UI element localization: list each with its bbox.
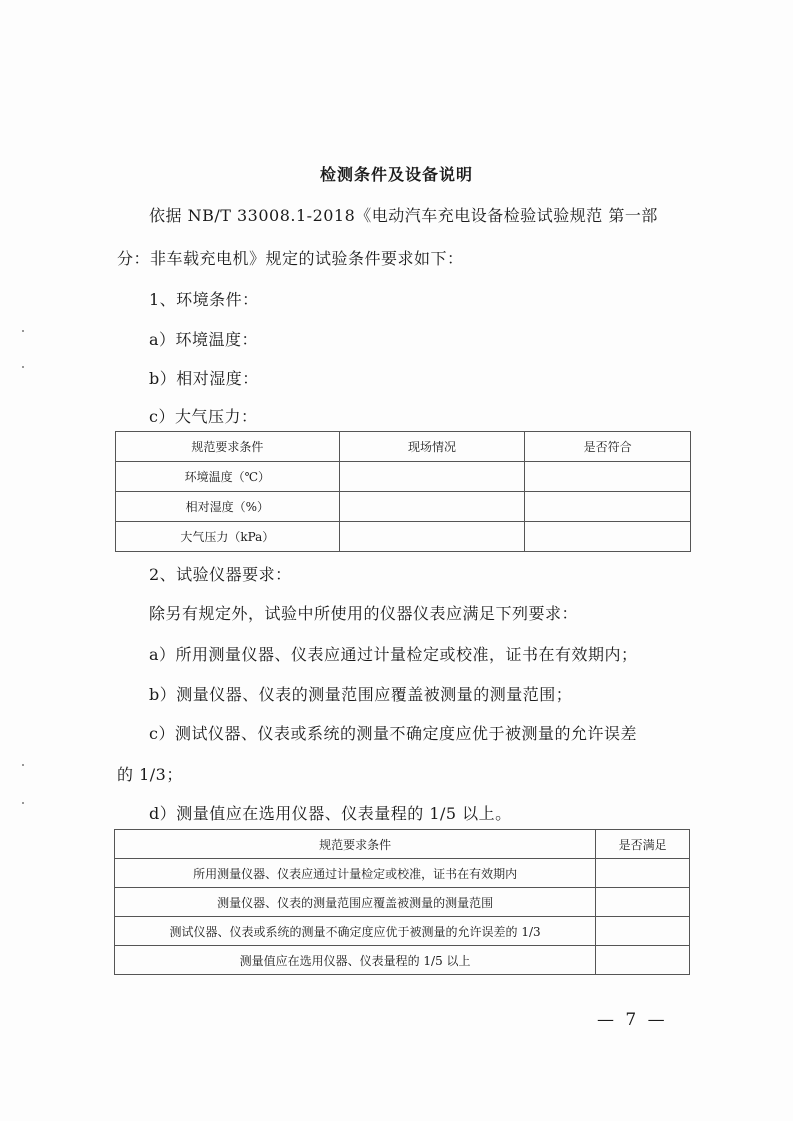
compliant-cell[interactable] — [525, 462, 691, 492]
page-number: — 7 — — [597, 1010, 668, 1030]
header-requirement: 规范要求条件 — [115, 830, 596, 859]
header-satisfied: 是否满足 — [596, 830, 690, 859]
table-header-row: 规范要求条件 现场情况 是否符合 — [116, 432, 691, 462]
scan-speck — [22, 764, 24, 766]
section2-lead: 除另有规定外，试验中所使用的仪器仪表应满足下列要求： — [149, 601, 578, 624]
item-c-line-1: c）测试仪器、仪表或系统的测量不确定度应优于被测量的允许误差 — [149, 721, 637, 744]
scan-speck — [22, 366, 24, 368]
row-label: 测量仪器、仪表的测量范围应覆盖被测量的测量范围 — [115, 888, 596, 917]
item-c-line-2: 的 1/3； — [117, 762, 183, 785]
satisfied-cell[interactable] — [596, 859, 690, 888]
onsite-cell[interactable] — [339, 522, 525, 552]
scan-speck — [22, 802, 24, 804]
satisfied-cell[interactable] — [596, 888, 690, 917]
onsite-cell[interactable] — [339, 462, 525, 492]
onsite-cell[interactable] — [339, 492, 525, 522]
environment-conditions-table: 规范要求条件 现场情况 是否符合 环境温度（℃） 相对湿度（%） 大气压力（kP… — [115, 431, 691, 552]
row-label: 所用测量仪器、仪表应通过计量检定或校准，证书在有效期内 — [115, 859, 596, 888]
row-label: 环境温度（℃） — [116, 462, 340, 492]
header-compliant: 是否符合 — [525, 432, 691, 462]
page-title: 检测条件及设备说明 — [0, 162, 793, 185]
row-label: 相对湿度（%） — [116, 492, 340, 522]
satisfied-cell[interactable] — [596, 917, 690, 946]
scan-speck — [22, 330, 24, 332]
row-label: 测量值应在选用仪器、仪表量程的 1/5 以上 — [115, 946, 596, 975]
header-requirement: 规范要求条件 — [116, 432, 340, 462]
satisfied-cell[interactable] — [596, 946, 690, 975]
row-label: 大气压力（kPa） — [116, 522, 340, 552]
row-label: 测试仪器、仪表或系统的测量不确定度应优于被测量的允许误差的 1/3 — [115, 917, 596, 946]
section1-heading: 1、环境条件： — [149, 287, 259, 310]
table-row: 测量值应在选用仪器、仪表量程的 1/5 以上 — [115, 946, 690, 975]
table-row: 测量仪器、仪表的测量范围应覆盖被测量的测量范围 — [115, 888, 690, 917]
table-row: 环境温度（℃） — [116, 462, 691, 492]
item-a: a）所用测量仪器、仪表应通过计量检定或校准，证书在有效期内； — [149, 642, 638, 665]
intro-line-2: 分：非车载充电机》规定的试验条件要求如下： — [117, 246, 464, 269]
table-row: 测试仪器、仪表或系统的测量不确定度应优于被测量的允许误差的 1/3 — [115, 917, 690, 946]
table-header-row: 规范要求条件 是否满足 — [115, 830, 690, 859]
table-row: 大气压力（kPa） — [116, 522, 691, 552]
document-page: 检测条件及设备说明 依据 NB/T 33008.1-2018《电动汽车充电设备检… — [0, 0, 793, 1121]
table-row: 所用测量仪器、仪表应通过计量检定或校准，证书在有效期内 — [115, 859, 690, 888]
compliant-cell[interactable] — [525, 522, 691, 552]
item-ambient-temperature: a）环境温度： — [149, 327, 258, 350]
instrument-requirements-table: 规范要求条件 是否满足 所用测量仪器、仪表应通过计量检定或校准，证书在有效期内 … — [114, 829, 690, 975]
table-row: 相对湿度（%） — [116, 492, 691, 522]
section2-heading: 2、试验仪器要求： — [149, 562, 292, 585]
compliant-cell[interactable] — [525, 492, 691, 522]
intro-line-1: 依据 NB/T 33008.1-2018《电动汽车充电设备检验试验规范 第一部 — [149, 203, 658, 226]
item-d: d）测量值应在选用仪器、仪表量程的 1/5 以上。 — [149, 801, 512, 824]
item-atmospheric-pressure: c）大气压力： — [149, 404, 257, 427]
item-relative-humidity: b）相对湿度： — [149, 366, 259, 389]
item-b: b）测量仪器、仪表的测量范围应覆盖被测量的测量范围； — [149, 682, 572, 705]
header-onsite: 现场情况 — [339, 432, 525, 462]
